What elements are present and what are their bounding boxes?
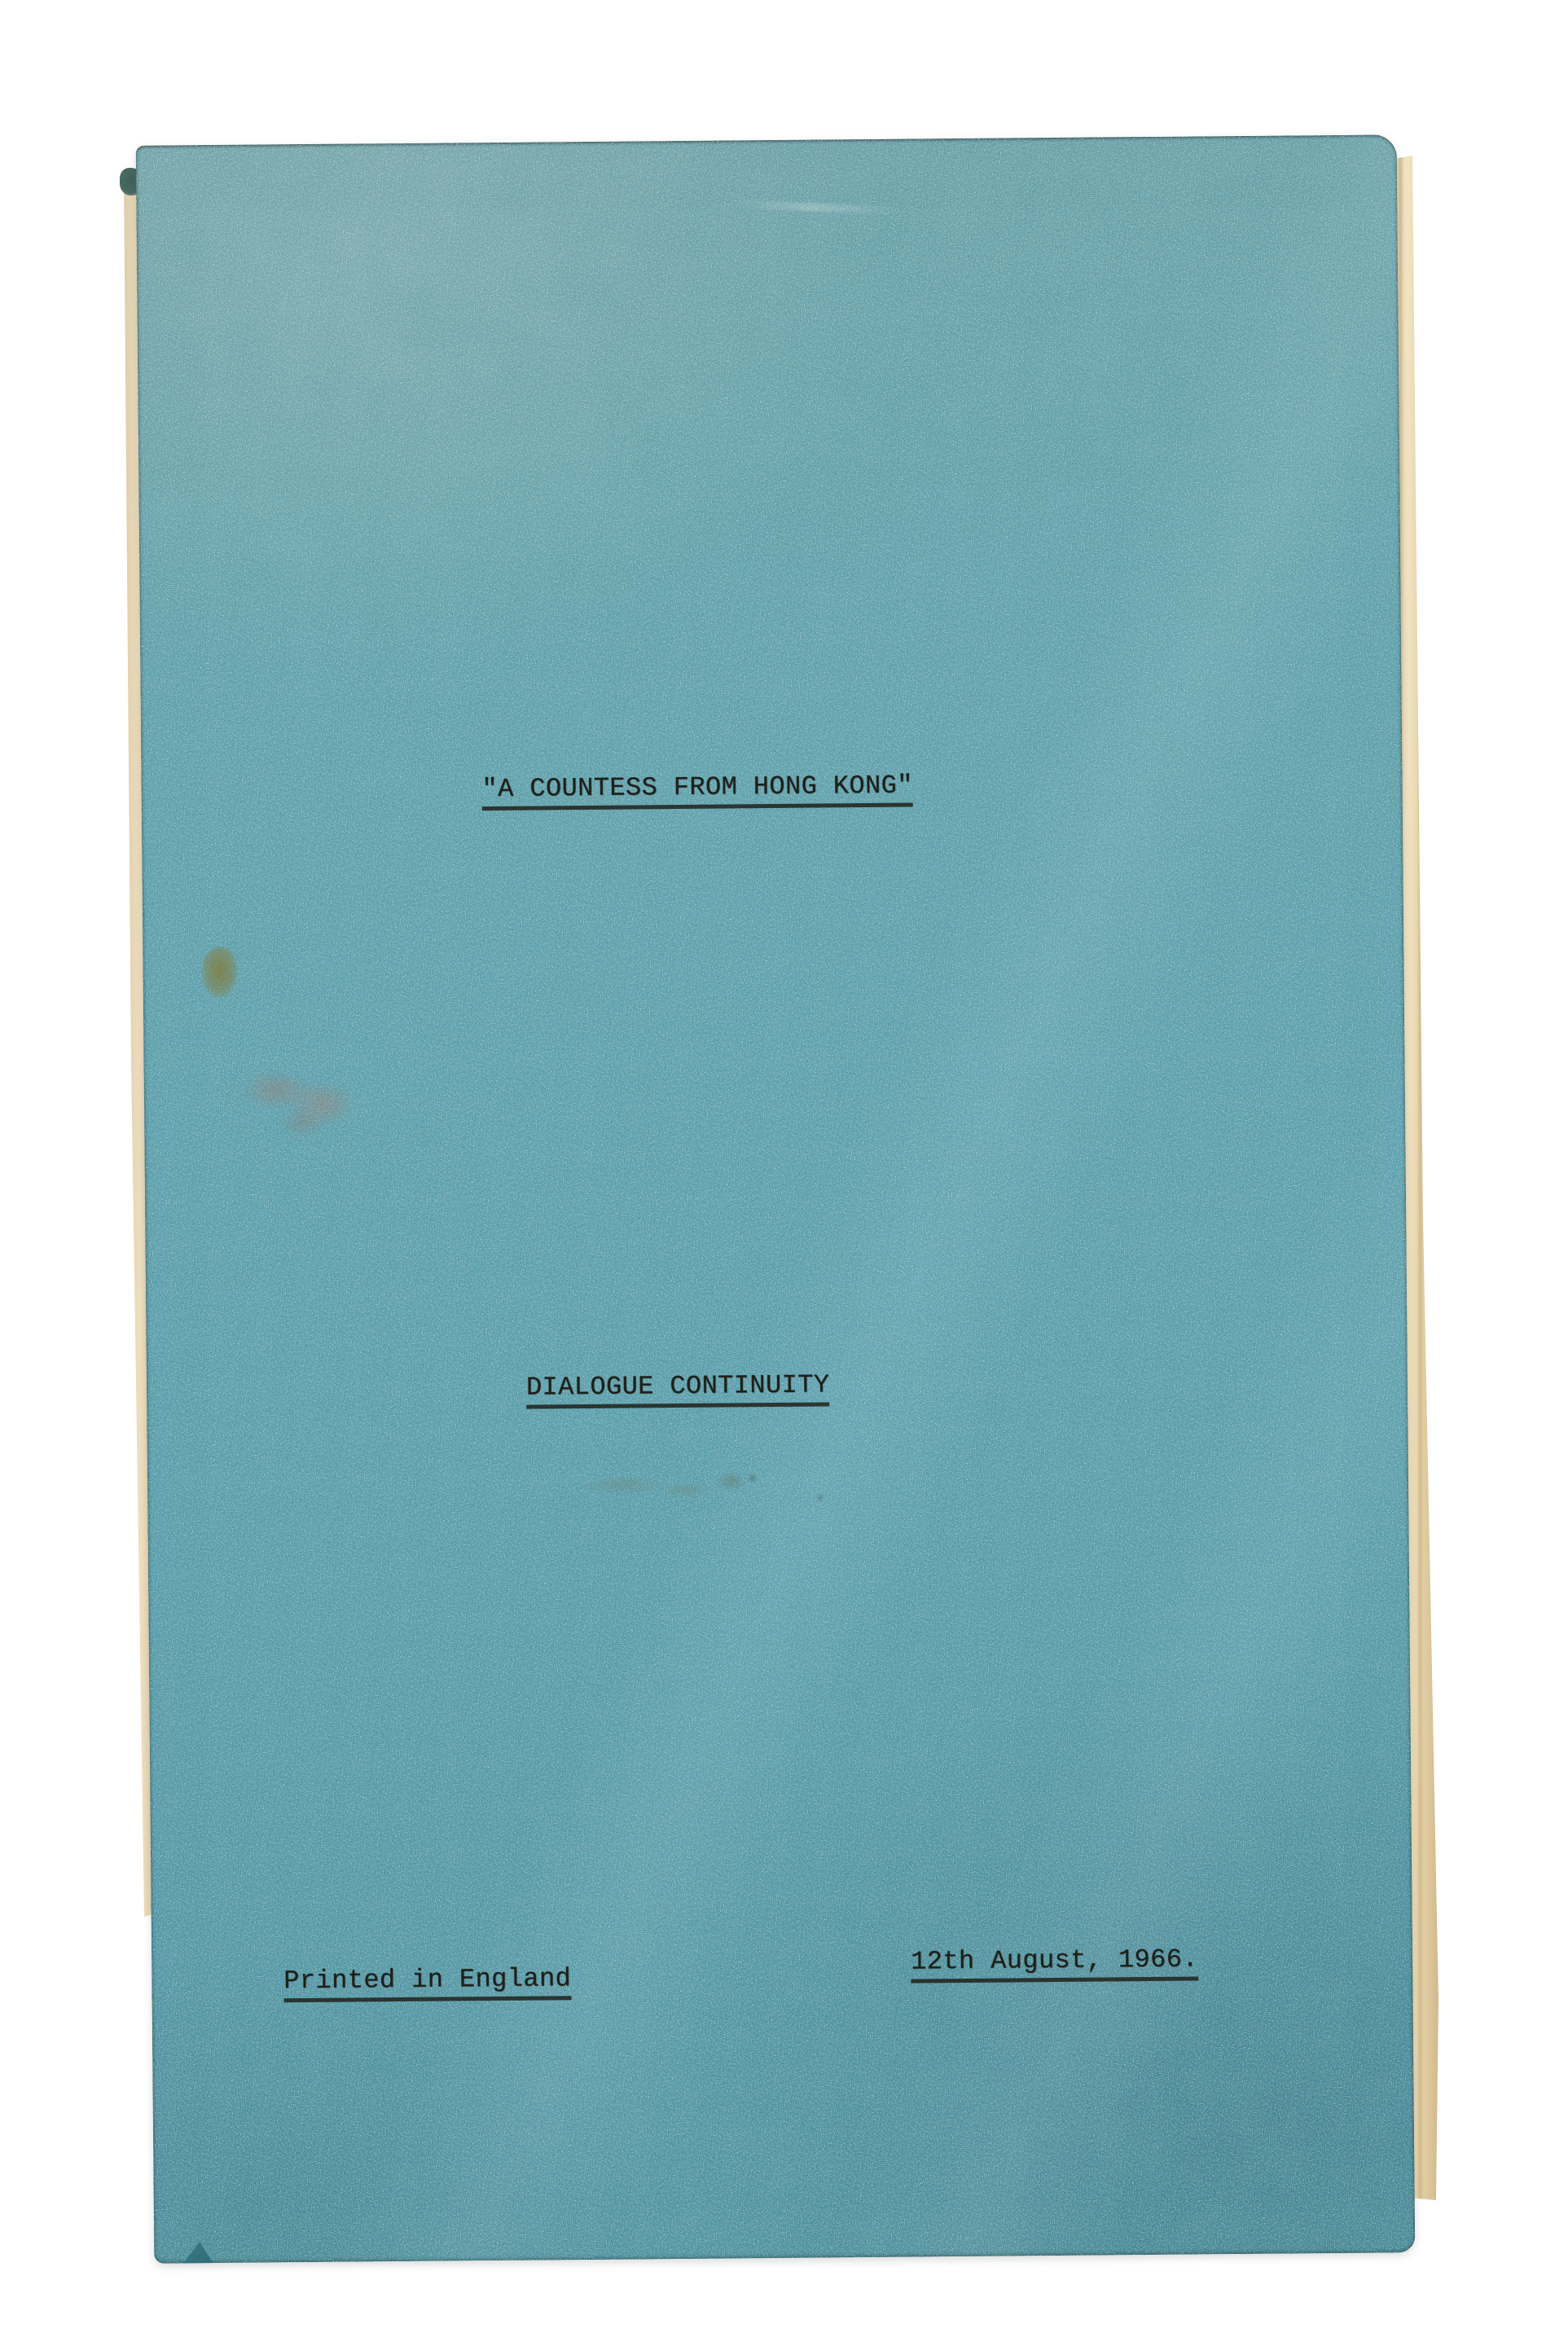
grey-smudge	[564, 1457, 834, 1517]
date-text: 12th August, 1966.	[911, 1947, 1198, 1984]
script-cover: "A COUNTESS FROM HONG KONG" DIALOGUE CON…	[136, 134, 1416, 2263]
olive-stain	[201, 947, 238, 998]
printed-in-england-text: Printed in England	[283, 1966, 571, 2002]
photo-of-script-cover: "A COUNTESS FROM HONG KONG" DIALOGUE CON…	[0, 0, 1568, 2346]
cover-subtitle-text: DIALOGUE CONTINUITY	[526, 1372, 830, 1408]
cover-title: "A COUNTESS FROM HONG KONG"	[481, 773, 913, 811]
scratch-mark	[731, 200, 906, 215]
date-note: 12th August, 1966.	[911, 1947, 1198, 1984]
paper-sheen	[136, 134, 1416, 2263]
cover-title-text: "A COUNTESS FROM HONG KONG"	[481, 773, 913, 811]
corner-chip	[178, 2242, 219, 2264]
printed-in-england-note: Printed in England	[283, 1966, 571, 2002]
paper-texture	[136, 134, 1416, 2263]
cover-subtitle: DIALOGUE CONTINUITY	[526, 1372, 830, 1408]
pink-smudge	[233, 1052, 376, 1147]
